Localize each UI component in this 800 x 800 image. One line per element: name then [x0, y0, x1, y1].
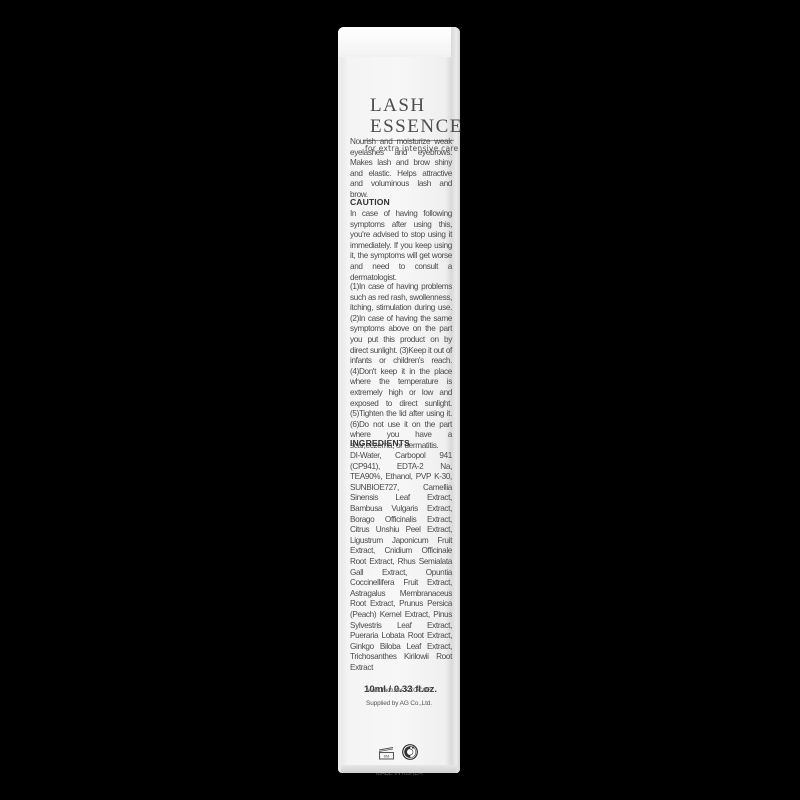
product-box: LASH ESSENCE for extra intensive care No…	[338, 27, 460, 773]
brand-name: LASH ESSENCE	[370, 95, 463, 137]
open-jar-icon: 6M	[378, 746, 395, 760]
svg-text:6M: 6M	[384, 754, 390, 759]
ingredients-text: DI-Water, Carbopol 941 (CP941), EDTA-2 N…	[350, 451, 452, 673]
caution-text: In case of having following symptoms aft…	[350, 209, 452, 283]
description: Nourish and moisturize weak eyelashes an…	[350, 137, 452, 201]
caution-heading: CAUTION	[350, 197, 390, 207]
symbol-row: 6M	[378, 744, 428, 762]
brand-line-2: ESSENCE	[370, 116, 463, 137]
caution-items: (1)In case of having problems such as re…	[350, 282, 452, 452]
ingredients-heading: INGREDIENTS	[350, 438, 410, 448]
box-side-panel	[451, 27, 460, 773]
manufacturer: Manufacturer KCOCOS	[338, 687, 460, 694]
green-dot-recycle-icon	[402, 744, 418, 760]
supplier: Supplied by AG Co.,Ltd.	[338, 700, 460, 707]
brand-line-1: LASH	[370, 95, 463, 116]
box-lid	[338, 27, 460, 57]
box-bottom-edge	[341, 765, 457, 773]
